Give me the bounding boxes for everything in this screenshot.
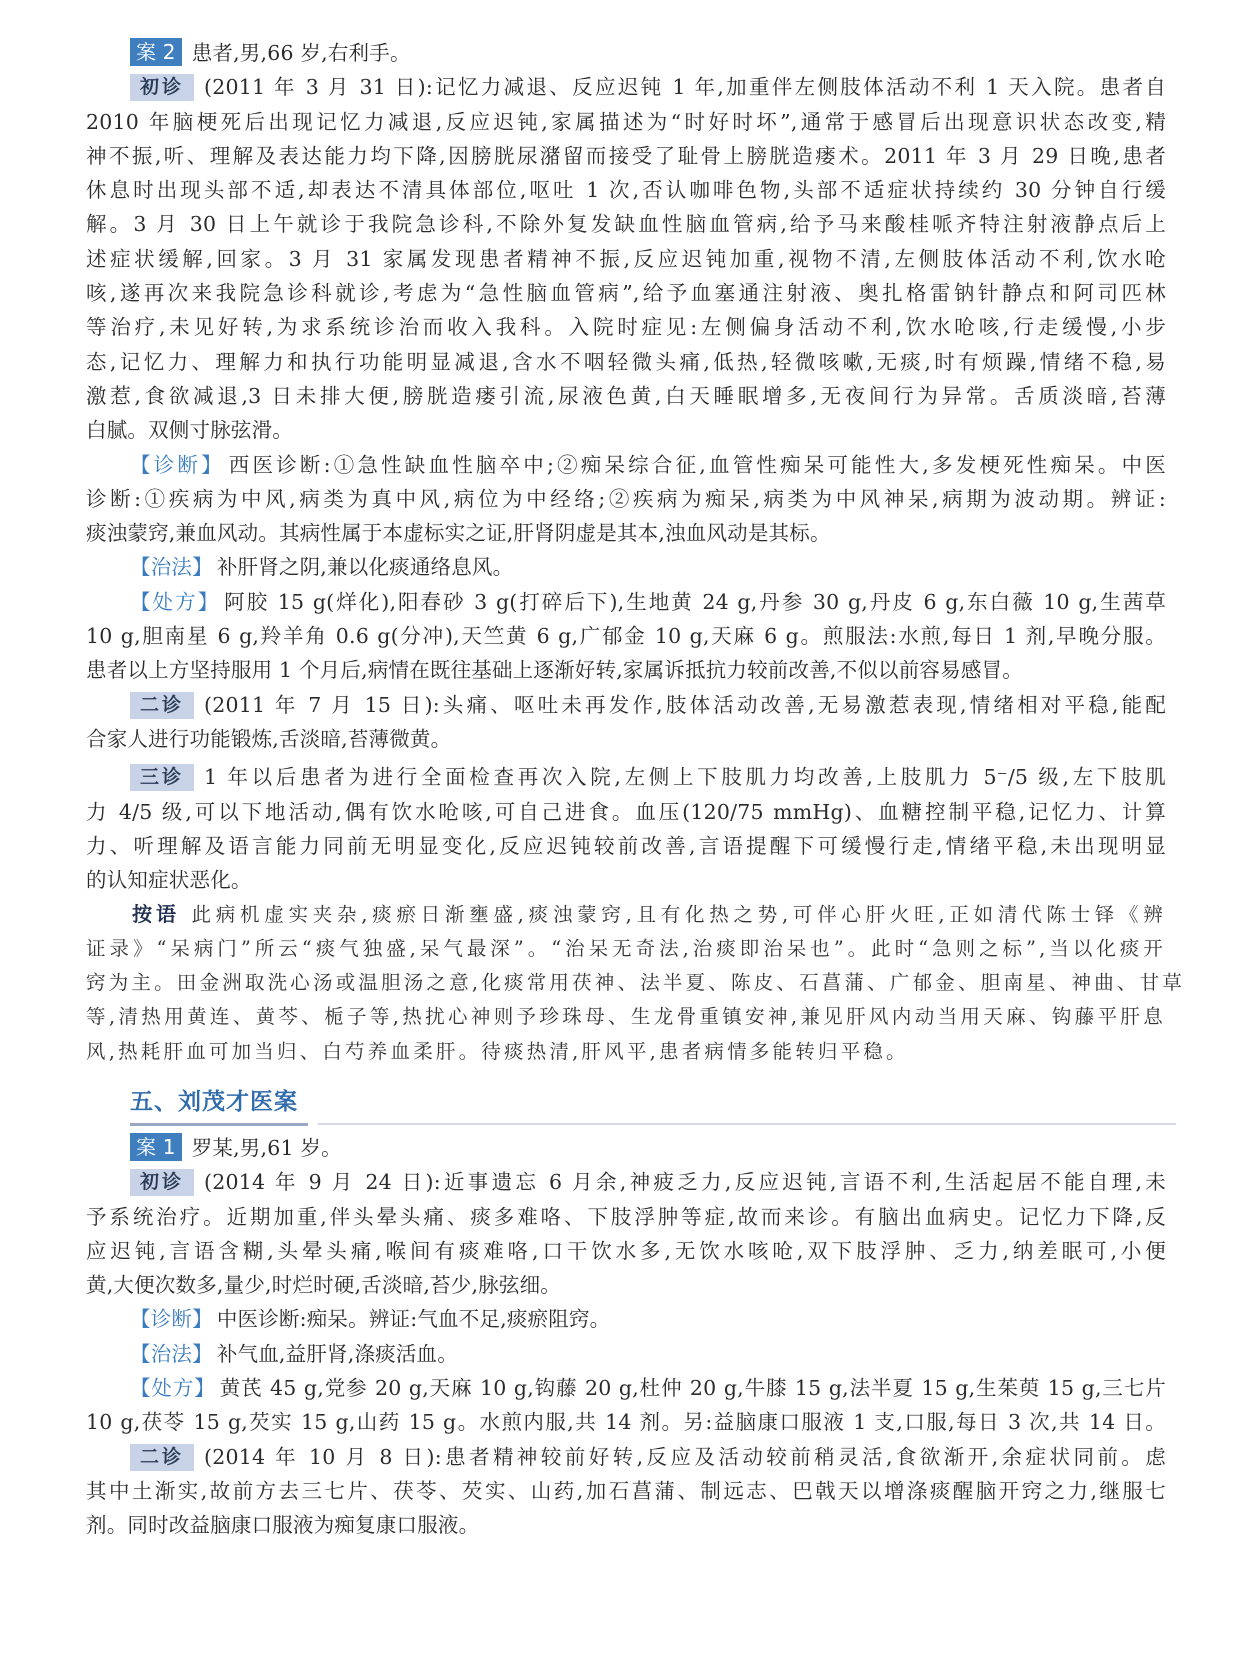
paragraph-line: 风,热耗肝血可加当归、白芍养血柔肝。待痰热清,肝风平,患者病情多能转归平稳。	[86, 1035, 1166, 1069]
case-tag: 案 1	[130, 1133, 182, 1161]
paragraph-line: 诊断:①疾病为中风,病类为真中风,病位为中经络;②疾病为痴呆,病类为中风神呆,病…	[86, 482, 1166, 516]
paragraph-line: 白腻。双侧寸脉弦滑。	[86, 413, 1166, 447]
paragraph-line: 10 g,胆南星 6 g,羚羊角 0.6 g(分冲),天竺黄 6 g,广郁金 1…	[86, 619, 1166, 653]
paragraph-line: 力 4/5 级,可以下地活动,偶有饮水呛咳,可自己进食。血压(120/75 mm…	[86, 795, 1166, 829]
case2-commentary: 按语此病机虚实夹杂,痰瘀日渐壅盛,痰浊蒙窍,且有化热之势,可伴心肝火旺,正如清代…	[86, 897, 1166, 1068]
paragraph-line: 【诊断】西医诊断:①急性缺血性脑卒中;②痴呆综合征,血管性痴呆可能性大,多发梗死…	[86, 448, 1166, 482]
paragraph-line: 应迟钝,言语含糊,头晕头痛,喉间有痰难咯,口干饮水多,无饮水咳呛,双下肢浮肿、乏…	[86, 1234, 1166, 1268]
case-intro: 患者,男,66 岁,右利手。	[192, 41, 411, 65]
paragraph-line: 等,清热用黄连、黄芩、栀子等,热扰心神则予珍珠母、生龙骨重镇安神,兼见肝风内动当…	[86, 1000, 1166, 1034]
text: 补气血,益肝肾,涤痰活血。	[217, 1342, 458, 1366]
prescription-tag: 【处方】	[130, 590, 220, 614]
visit-tag: 二诊	[130, 1444, 194, 1471]
paragraph-line: 2010 年脑梗死后出现记忆力减退,反应迟钝,家属描述为“时好时坏”,通常于感冒…	[86, 105, 1166, 139]
paragraph-line: 咳,遂再次来我院急诊科就诊,考虑为“急性脑血管病”,给予血塞通注射液、奥扎格雷钠…	[86, 276, 1166, 310]
text: 西医诊断:①急性缺血性脑卒中;②痴呆综合征,血管性痴呆可能性大,多发梗死性痴呆。…	[229, 453, 1166, 477]
case-tag: 案 2	[130, 38, 182, 66]
text: (2014 年 10 月 8 日):患者精神较前好转,反应及活动较前稍灵活,食欲…	[204, 1445, 1166, 1469]
paragraph-line: 的认知症状恶化。	[86, 863, 1166, 897]
diagnosis-tag: 【诊断】	[130, 1307, 213, 1331]
section-rule	[318, 1123, 1176, 1125]
treatment-tag: 【治法】	[130, 1342, 213, 1366]
paragraph-line: 初诊(2014 年 9 月 24 日):近事遗忘 6 月余,神疲乏力,反应迟钝,…	[86, 1165, 1166, 1199]
case1-treatment: 【治法】补气血,益肝肾,涤痰活血。	[86, 1337, 1166, 1371]
paragraph-line: 其中土渐实,故前方去三七片、茯苓、芡实、山药,加石菖蒲、制远志、巴戟天以增涤痰醒…	[86, 1474, 1166, 1508]
text: 阿胶 15 g(烊化),阳春砂 3 g(打碎后下),生地黄 24 g,丹参 30…	[224, 590, 1166, 614]
paragraph-line: 解。3 月 30 日上午就诊于我院急诊科,不除外复发缺血性脑血管病,给予马来酸桂…	[86, 207, 1166, 241]
paragraph-line: 予系统治疗。近期加重,伴头晕头痛、痰多难咯、下肢浮肿等症,故而来诊。有脑出血病史…	[86, 1200, 1166, 1234]
text: 1 年以后患者为进行全面检查再次入院,左侧上下肢肌力均改善,上肢肌力 5⁻/5 …	[204, 765, 1166, 789]
paragraph-line: 黄,大便次数多,量少,时烂时硬,舌淡暗,苔少,脉弦细。	[86, 1268, 1166, 1302]
case1-header: 案 1罗某,男,61 岁。	[86, 1131, 1166, 1165]
case2-third-visit: 三诊1 年以后患者为进行全面检查再次入院,左侧上下肢肌力均改善,上肢肌力 5⁻/…	[86, 760, 1166, 897]
visit-tag: 初诊	[130, 1169, 194, 1196]
paragraph-line: 休息时出现头部不适,却表达不清具体部位,呕吐 1 次,否认咖啡色物,头部不适症状…	[86, 173, 1166, 207]
paragraph-line: 痰浊蒙窍,兼血风动。其病性属于本虚标实之证,肝肾阴虚是其本,浊血风动是其标。	[86, 516, 1166, 550]
paragraph-line: 二诊(2011 年 7 月 15 日):头痛、呕吐未再发作,肢体活动改善,无易激…	[86, 688, 1166, 722]
paragraph-line: 力、听理解及语言能力同前无明显变化,反应迟钝较前改善,言语提醒下可缓慢行走,情绪…	[86, 829, 1166, 863]
section-title: 五、刘茂才医案	[130, 1083, 298, 1116]
case-intro: 罗某,男,61 岁。	[192, 1136, 342, 1160]
case2-header: 案 2患者,男,66 岁,右利手。	[86, 36, 1166, 70]
commentary-tag: 按语	[130, 897, 182, 931]
paragraph-line: 态,记忆力、理解力和执行功能明显减退,含水不咽轻微头痛,低热,轻微咳嗽,无痰,时…	[86, 345, 1166, 379]
paragraph-line: 激惹,食欲减退,3 日未排大便,膀胱造瘘引流,尿液色黄,白天睡眠增多,无夜间行为…	[86, 379, 1166, 413]
text: (2011 年 7 月 15 日):头痛、呕吐未再发作,肢体活动改善,无易激惹表…	[204, 693, 1166, 717]
case1-first-visit: 初诊(2014 年 9 月 24 日):近事遗忘 6 月余,神疲乏力,反应迟钝,…	[86, 1165, 1166, 1302]
text: 黄芪 45 g,党参 20 g,天麻 10 g,钩藤 20 g,杜仲 20 g,…	[220, 1376, 1166, 1400]
paragraph-line: 10 g,茯苓 15 g,芡实 15 g,山药 15 g。水煎内服,共 14 剂…	[86, 1405, 1166, 1439]
visit-tag: 二诊	[130, 692, 194, 719]
visit-tag: 初诊	[130, 74, 194, 101]
paragraph-line: 三诊1 年以后患者为进行全面检查再次入院,左侧上下肢肌力均改善,上肢肌力 5⁻/…	[86, 760, 1166, 794]
paragraph-line: 等治疗,未见好转,为求系统诊治而收入我科。入院时症见:左侧偏身活动不利,饮水呛咳…	[86, 310, 1166, 344]
paragraph-line: 二诊(2014 年 10 月 8 日):患者精神较前好转,反应及活动较前稍灵活,…	[86, 1440, 1166, 1474]
text: (2014 年 9 月 24 日):近事遗忘 6 月余,神疲乏力,反应迟钝,言语…	[204, 1170, 1166, 1194]
case2-treatment: 【治法】补肝肾之阴,兼以化痰通络息风。	[86, 550, 1166, 584]
case1-second-visit: 二诊(2014 年 10 月 8 日):患者精神较前好转,反应及活动较前稍灵活,…	[86, 1440, 1166, 1543]
treatment-tag: 【治法】	[130, 555, 213, 579]
case1-prescription: 【处方】黄芪 45 g,党参 20 g,天麻 10 g,钩藤 20 g,杜仲 2…	[86, 1371, 1166, 1440]
section-rule-accent	[130, 1123, 308, 1126]
diagnosis-tag: 【诊断】	[130, 453, 225, 477]
paragraph-line: 神不振,听、理解及表达能力均下降,因膀胱尿潴留而接受了耻骨上膀胱造瘘术。2011…	[86, 139, 1166, 173]
section-heading: 五、刘茂才医案	[86, 1075, 1166, 1131]
paragraph-line: 【处方】黄芪 45 g,党参 20 g,天麻 10 g,钩藤 20 g,杜仲 2…	[86, 1371, 1166, 1405]
paragraph-line: 合家人进行功能锻炼,舌淡暗,苔薄微黄。	[86, 722, 1166, 756]
case1-diagnosis: 【诊断】中医诊断:痴呆。辨证:气血不足,痰瘀阻窍。	[86, 1302, 1166, 1336]
case2-prescription: 【处方】阿胶 15 g(烊化),阳春砂 3 g(打碎后下),生地黄 24 g,丹…	[86, 585, 1166, 688]
text: 补肝肾之阴,兼以化痰通络息风。	[217, 555, 514, 579]
paragraph-line: 【处方】阿胶 15 g(烊化),阳春砂 3 g(打碎后下),生地黄 24 g,丹…	[86, 585, 1166, 619]
visit-tag: 三诊	[130, 764, 194, 791]
paragraph-line: 剂。同时改益脑康口服液为痴复康口服液。	[86, 1508, 1166, 1542]
paragraph-line: 患者以上方坚持服用 1 个月后,病情在既往基础上逐渐好转,家属诉抵抗力较前改善,…	[86, 653, 1166, 687]
case2-diagnosis: 【诊断】西医诊断:①急性缺血性脑卒中;②痴呆综合征,血管性痴呆可能性大,多发梗死…	[86, 448, 1166, 551]
text: 此病机虚实夹杂,痰瘀日渐壅盛,痰浊蒙窍,且有化热之势,可伴心肝火旺,正如清代陈士…	[190, 903, 1166, 926]
paragraph-line: 按语此病机虚实夹杂,痰瘀日渐壅盛,痰浊蒙窍,且有化热之势,可伴心肝火旺,正如清代…	[86, 897, 1166, 931]
case2-first-visit: 初诊(2011 年 3 月 31 日):记忆力减退、反应迟钝 1 年,加重伴左侧…	[86, 70, 1166, 447]
paragraph-line: 窍为主。田金洲取洗心汤或温胆汤之意,化痰常用茯神、法半夏、陈皮、石菖蒲、广郁金、…	[86, 966, 1166, 1000]
paragraph-line: 证录》“呆病门”所云“痰气独盛,呆气最深”。“治呆无奇法,治痰即治呆也”。此时“…	[86, 932, 1166, 966]
prescription-tag: 【处方】	[130, 1376, 216, 1400]
document-page: 案 2患者,男,66 岁,右利手。 初诊(2011 年 3 月 31 日):记忆…	[86, 36, 1166, 1542]
paragraph-line: 初诊(2011 年 3 月 31 日):记忆力减退、反应迟钝 1 年,加重伴左侧…	[86, 70, 1166, 104]
paragraph-line: 述症状缓解,回家。3 月 31 家属发现患者精神不振,反应迟钝加重,视物不清,左…	[86, 242, 1166, 276]
text: (2011 年 3 月 31 日):记忆力减退、反应迟钝 1 年,加重伴左侧肢体…	[204, 75, 1166, 99]
case2-second-visit: 二诊(2011 年 7 月 15 日):头痛、呕吐未再发作,肢体活动改善,无易激…	[86, 688, 1166, 757]
text: 中医诊断:痴呆。辨证:气血不足,痰瘀阻窍。	[217, 1307, 611, 1331]
